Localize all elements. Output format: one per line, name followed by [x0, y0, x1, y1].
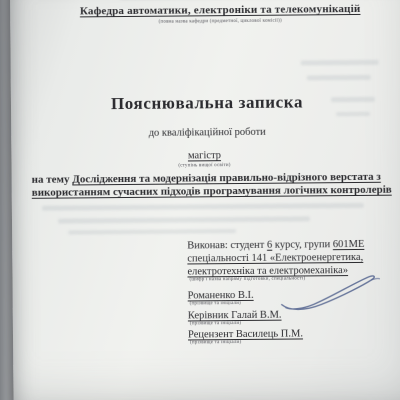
specialty-text-1: спеціальності 141 «Електроенергетика, [187, 252, 363, 265]
department-line: Кафедра автоматики, електроніки та телек… [68, 3, 372, 18]
specialty-line-1: спеціальності 141 «Електроенергетика, [187, 252, 363, 265]
degree-level-text: магістр [188, 150, 221, 161]
reviewer-line: Рецензент Василець П.М. [188, 328, 303, 340]
reviewer-caption: (прізвище та ініціали) [190, 340, 241, 345]
degree-caption: (ступінь вищої освіти) [40, 162, 370, 170]
document-title: Пояснювальна записка [39, 92, 375, 115]
bleed-through-smudge [301, 60, 379, 66]
performed-line: Виконав: студент 6 курсу, групи 601МЕ [187, 239, 364, 252]
bleed-through-smudge [68, 229, 236, 234]
degree-level: магістр [39, 149, 369, 163]
author-name: Романенко В.І. [188, 290, 254, 302]
signature-ink [278, 273, 380, 318]
page-content: Кафедра автоматики, електроніки та телек… [10, 0, 400, 400]
document-subtitle: до кваліфікаційної роботи [39, 126, 375, 140]
bleed-through-smudge [307, 75, 371, 81]
supervisor-text: Керівник Галай В.М. [188, 310, 282, 322]
topic-line-2: використанням сучасних підходів програму… [32, 184, 380, 199]
supervisor-caption: (прізвище та ініціали) [190, 321, 241, 326]
author-name-text: Романенко В.І. [188, 290, 254, 302]
author-caption: (прізвище та ініціали) [190, 301, 241, 306]
bleed-through-smudge [336, 112, 370, 116]
supervisor-line: Керівник Галай В.М. [188, 310, 282, 322]
department-name: Кафедра автоматики, електроніки та телек… [80, 3, 361, 17]
group-number: 601МЕ [333, 239, 365, 250]
topic-prefix: на тему [32, 173, 73, 185]
scanned-document-photo: Кафедра автоматики, електроніки та телек… [0, 0, 400, 400]
performed-prefix: Виконав: студент [187, 240, 267, 252]
bleed-through-smudge [42, 203, 364, 211]
bleed-through-smudge [58, 216, 310, 223]
topic-text-2: використанням сучасних підходів програму… [32, 184, 392, 199]
reviewer-text: Рецензент Василець П.М. [188, 328, 303, 340]
department-caption: (повна назва кафедри (предметної, циклов… [68, 18, 372, 26]
performed-mid: курсу, групи [272, 239, 333, 251]
document-page: Кафедра автоматики, електроніки та телек… [10, 0, 400, 400]
